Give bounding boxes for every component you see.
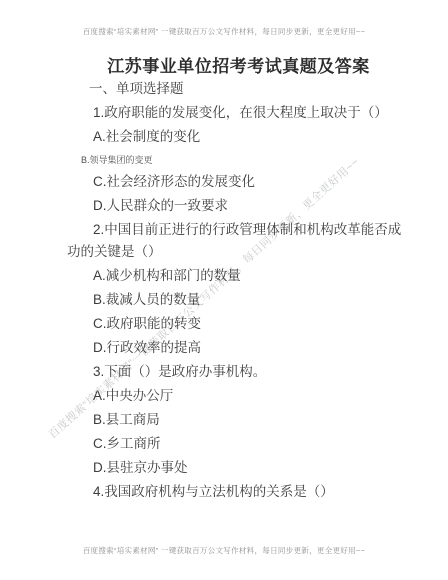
document-title: 江苏事业单位招考考试真题及答案 [67,56,410,78]
question-1-option-b: B.领导集团的变更 [67,152,410,168]
question-2-option-b: B.裁减人员的数量 [67,289,410,311]
question-2-option-c: C.政府职能的转变 [67,313,410,335]
question-3-option-c: C.乡工商所 [67,433,410,455]
question-3-option-a: A.中央办公厅 [67,385,410,407]
question-1-option-a: A.社会制度的变化 [67,126,410,148]
section-heading: 一、单项选择题 [67,78,410,100]
document-body: 江苏事业单位招考考试真题及答案 一、单项选择题 1.政府职能的发展变化，在很大程… [67,0,410,505]
question-1-option-c: C.社会经济形态的发展变化 [67,171,410,193]
question-1-option-d: D.人民群众的一致要求 [67,195,410,217]
question-2-option-d: D.行政效率的提高 [67,337,410,359]
document-page: 百度搜索“培实素材网”一键获取百万公文写作材料，每日同步更新，更全更好用~~ 百… [0,0,448,580]
question-3-option-d: D.县驻京办事处 [67,457,410,479]
question-2-text: 2.中国目前正进行的行政管理体制和机构改革能否成功的关键是（） [67,219,410,263]
footer-promo-note: 百度搜索“培实素材网” 一键获取百万公文写作材料，每日同步更新，更全更好用~~ [0,546,448,556]
question-2-option-a: A.减少机构和部门的数量 [67,265,410,287]
question-1-text: 1.政府职能的发展变化，在很大程度上取决于（） [67,102,410,124]
question-4-text: 4.我国政府机构与立法机构的关系是（） [67,481,410,503]
question-3-text: 3.下面（）是政府办事机构。 [67,361,410,383]
question-3-option-b: B.县工商局 [67,409,410,431]
